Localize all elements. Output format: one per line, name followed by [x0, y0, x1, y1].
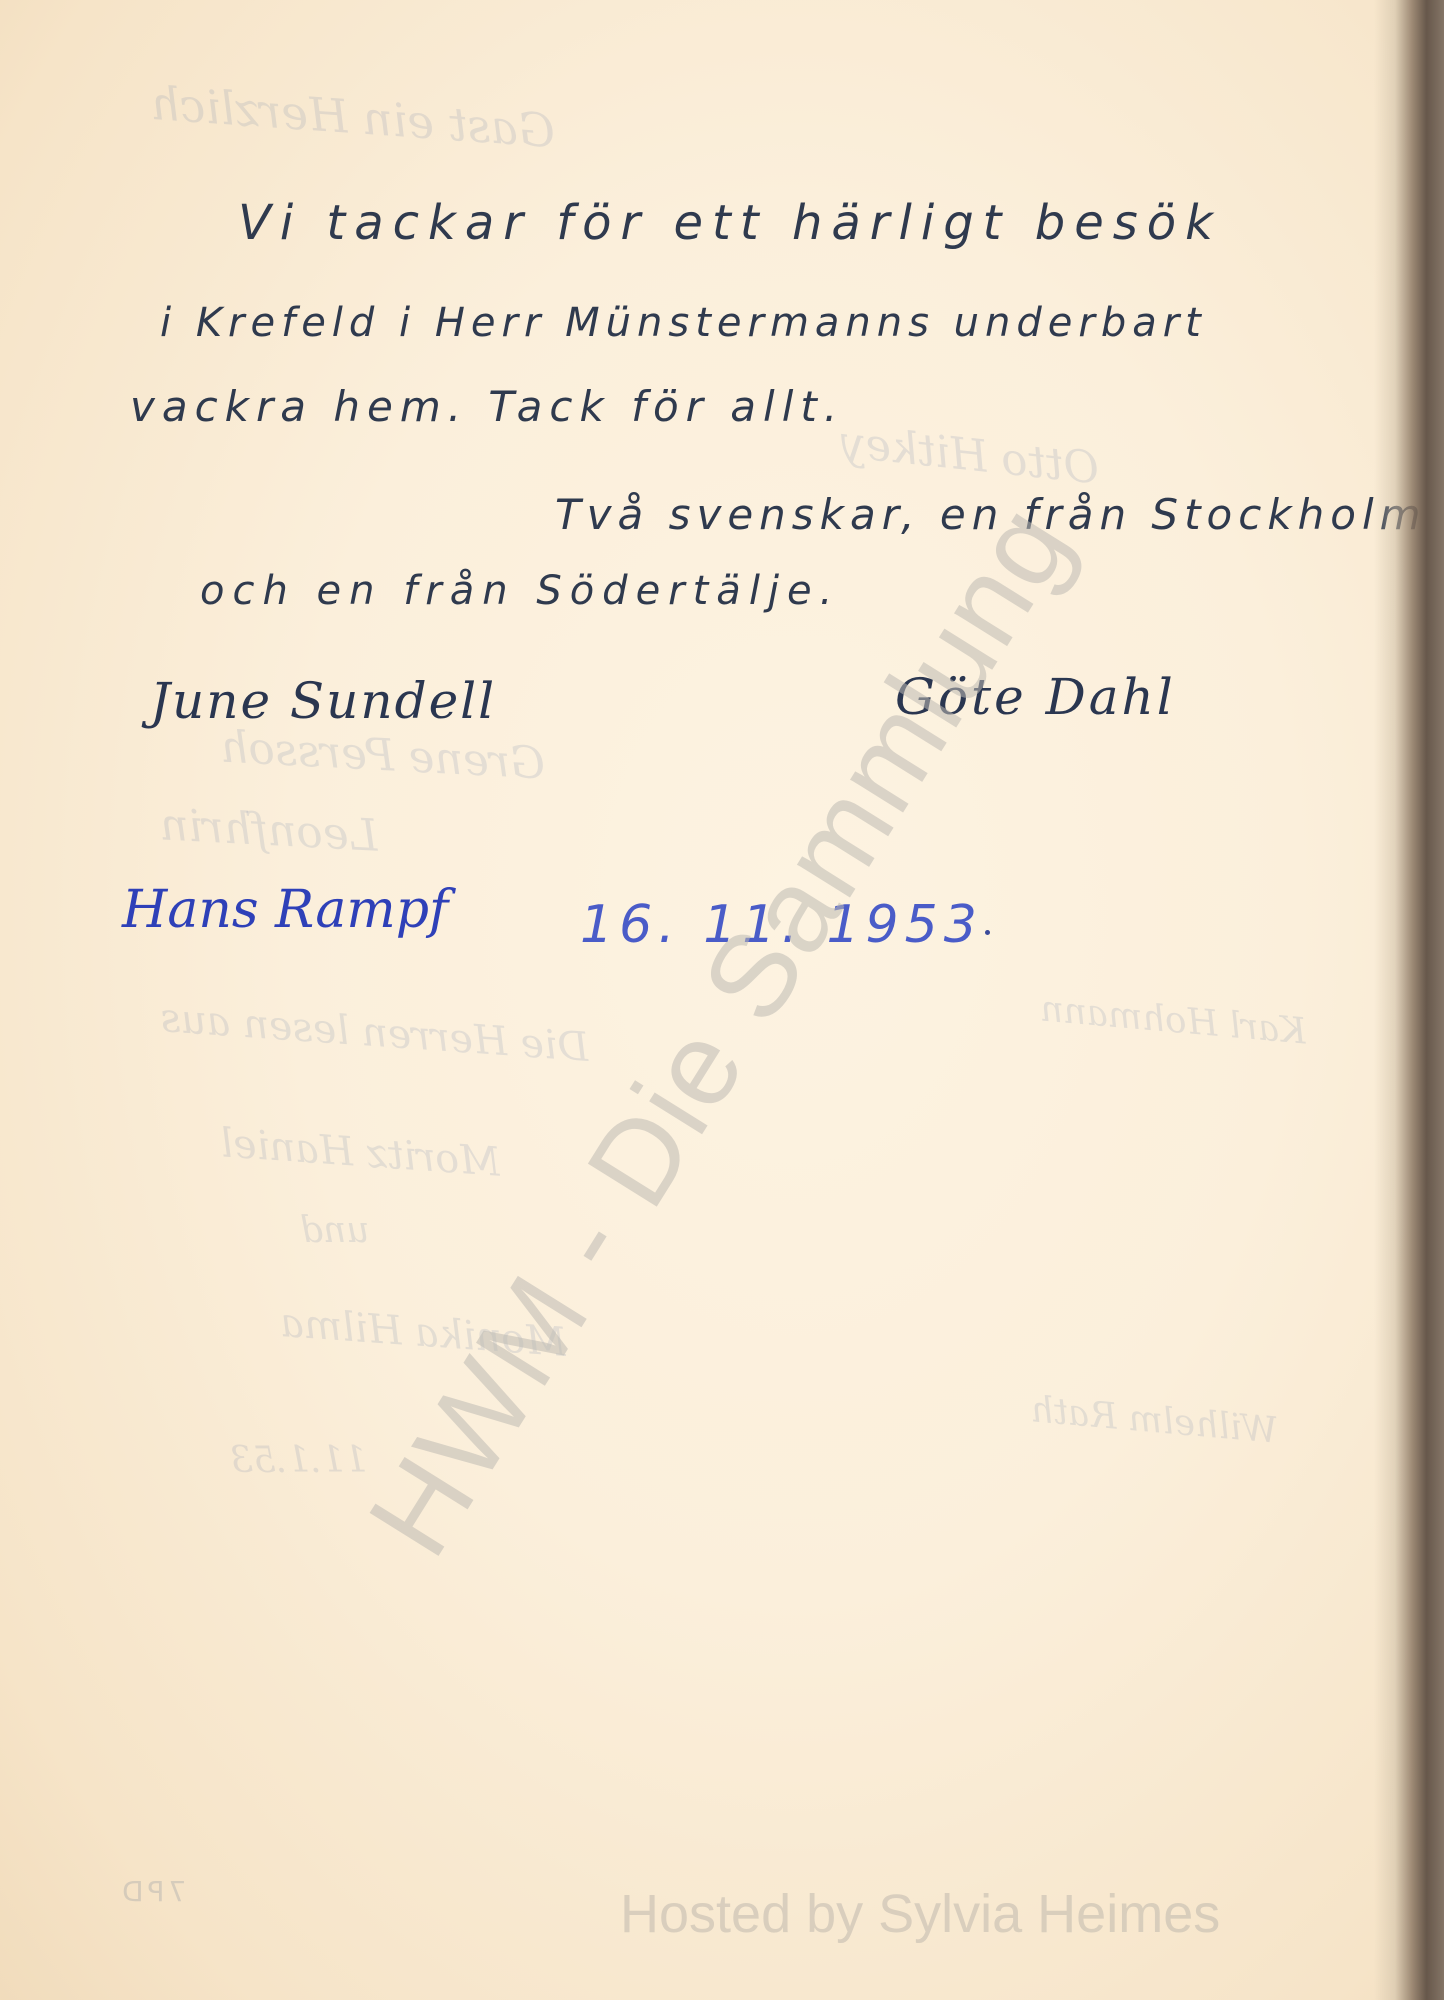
signature-hans-rampf: Hans Rampf: [122, 880, 448, 940]
entry-date: 16. 11. 1953: [580, 895, 983, 955]
entry-line: i Krefeld i Herr Münstermanns underbart: [160, 300, 1207, 346]
bleed-through-text: Moritz Haniel: [219, 1120, 502, 1185]
signature-june-sundell: June Sundell: [150, 672, 496, 730]
diagonal-watermark: HWM - Die Sammlung: [342, 481, 1098, 1579]
hosted-by-watermark: Hosted by Sylvia Heimes: [620, 1883, 1220, 1945]
bleed-through-text: Die Herren lesen aus: [159, 995, 591, 1071]
bleed-through-text: und: [300, 1210, 369, 1251]
bleed-through-text: Karl Hohmann: [1039, 988, 1308, 1052]
guestbook-page: Gast ein Herzlich Otto Hitkey Grene Pers…: [0, 0, 1444, 2000]
ink-dot: [985, 930, 990, 935]
bleed-through-text: Gast ein Herzlich: [149, 76, 557, 158]
bleed-through-text: Otto Hitkey: [838, 417, 1102, 495]
signature-gote-dahl: Göte Dahl: [895, 668, 1176, 726]
entry-line: vackra hem. Tack för allt.: [130, 382, 844, 431]
bleed-through-text: Grene Perssoh: [219, 722, 547, 790]
entry-line: Vi tackar för ett härligt besök: [238, 195, 1222, 251]
bleed-through-text: Leonfhrin: [159, 799, 380, 861]
bleed-through-text: 11.1.53: [230, 1440, 367, 1481]
book-binding-shadow: [1374, 0, 1444, 2000]
entry-line: Två svenskar, en från Stockholm: [555, 490, 1427, 539]
page-mark: 7PD: [118, 1875, 186, 1908]
entry-line: och en från Södertälje.: [200, 568, 840, 614]
bleed-through-text: Wilhelm Rath: [1029, 1389, 1280, 1451]
bleed-through-text: Monika Hilma: [279, 1300, 568, 1366]
